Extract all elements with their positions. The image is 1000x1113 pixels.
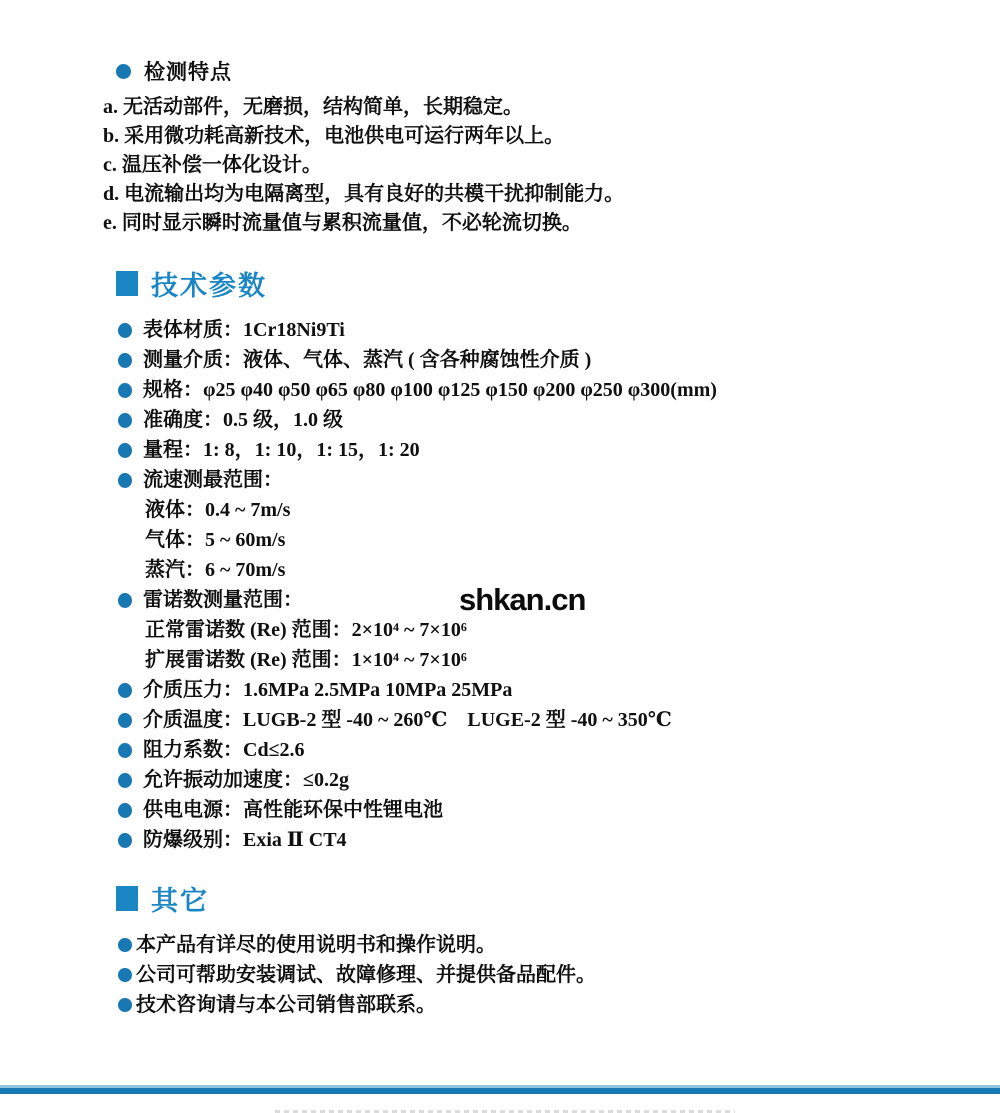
spec-item-text: 阻力系数：Cd≤2.6 — [143, 735, 305, 765]
spec-item: 测量介质：液体、气体、蒸汽 ( 含各种腐蚀性介质 ) — [118, 345, 1000, 375]
spec-item-text: 公司可帮助安装调试、故障修理、并提供备品配件。 — [136, 960, 596, 990]
spec-item: 流速测最范围： — [118, 465, 1000, 495]
bullet-icon — [118, 683, 132, 698]
spec-item-text: 供电电源：高性能环保中性锂电池 — [143, 795, 443, 825]
datasheet-page: 检测特点 a. 无活动部件，无磨损，结构简单，长期稳定。b. 采用微功耗高新技术… — [0, 0, 1000, 1113]
other-section: 其它 本产品有详尽的使用说明书和操作说明。公司可帮助安装调试、故障修理、并提供备… — [0, 879, 1000, 1020]
spec-item-text: 介质温度：LUGB-2 型 -40 ~ 260℃ LUGE-2 型 -40 ~ … — [143, 705, 672, 735]
tech-section: 技术参数 表体材质：1Cr18Ni9Ti测量介质：液体、气体、蒸汽 ( 含各种腐… — [0, 264, 1000, 855]
features-section: 检测特点 a. 无活动部件，无磨损，结构简单，长期稳定。b. 采用微功耗高新技术… — [0, 0, 1000, 238]
other-heading: 其它 — [116, 879, 1000, 918]
spec-item: 公司可帮助安装调试、故障修理、并提供备品配件。 — [118, 960, 1000, 990]
spec-subline: 液体：0.4 ~ 7m/s — [118, 495, 1000, 525]
bullet-icon — [118, 803, 132, 818]
spec-item-text: 量程：1: 8，1: 10，1: 15，1: 20 — [143, 435, 420, 465]
spec-item: 供电电源：高性能环保中性锂电池 — [118, 795, 1000, 825]
bullet-icon — [116, 64, 131, 79]
spec-item: 允许振动加速度：≤0.2g — [118, 765, 1000, 795]
bullet-icon — [118, 473, 132, 488]
square-bullet-icon — [116, 271, 138, 296]
spec-item-text: 本产品有详尽的使用说明书和操作说明。 — [136, 930, 496, 960]
bullet-icon — [118, 968, 132, 982]
feature-line: d. 电流输出均为电隔离型，具有良好的共模干扰抑制能力。 — [103, 180, 970, 209]
bullet-icon — [118, 443, 132, 458]
feature-line: a. 无活动部件，无磨损，结构简单，长期稳定。 — [103, 93, 970, 122]
other-title: 其它 — [151, 879, 209, 918]
spec-item: 本产品有详尽的使用说明书和操作说明。 — [118, 930, 1000, 960]
spec-subline: 蒸汽：6 ~ 70m/s — [118, 555, 1000, 585]
bullet-icon — [118, 833, 132, 848]
spec-item-text: 防爆级别：Exia Ⅱ CT4 — [143, 825, 347, 855]
spec-item-text: 雷诺数测量范围： — [143, 585, 303, 615]
bullet-icon — [118, 323, 132, 338]
other-list: 本产品有详尽的使用说明书和操作说明。公司可帮助安装调试、故障修理、并提供备品配件… — [118, 930, 1000, 1020]
bullet-icon — [118, 353, 132, 368]
spec-item: 防爆级别：Exia Ⅱ CT4 — [118, 825, 1000, 855]
features-title: 检测特点 — [144, 56, 232, 86]
bullet-icon — [118, 998, 132, 1012]
features-list: a. 无活动部件，无磨损，结构简单，长期稳定。b. 采用微功耗高新技术，电池供电… — [103, 93, 970, 238]
spec-subline: 扩展雷诺数 (Re) 范围：1×10⁴ ~ 7×10⁶ — [118, 645, 1000, 675]
spec-item-text: 技术咨询请与本公司销售部联系。 — [136, 990, 436, 1020]
feature-line: b. 采用微功耗高新技术，电池供电可运行两年以上。 — [103, 122, 970, 151]
spec-item: 技术咨询请与本公司销售部联系。 — [118, 990, 1000, 1020]
tech-title: 技术参数 — [151, 264, 267, 303]
bullet-icon — [118, 713, 132, 728]
spec-item: 量程：1: 8，1: 10，1: 15，1: 20 — [118, 435, 1000, 465]
spec-subline: 气体：5 ~ 60m/s — [118, 525, 1000, 555]
bullet-icon — [118, 743, 132, 758]
watermark-text: shkan.cn — [459, 582, 585, 618]
spec-item-text: 介质压力：1.6MPa 2.5MPa 10MPa 25MPa — [143, 675, 512, 705]
spec-item: 准确度：0.5 级，1.0 级 — [118, 405, 1000, 435]
spec-item: 表体材质：1Cr18Ni9Ti — [118, 315, 1000, 345]
bullet-icon — [118, 938, 132, 952]
bullet-icon — [118, 413, 132, 428]
spec-item-text: 允许振动加速度：≤0.2g — [143, 765, 349, 795]
spec-subline: 正常雷诺数 (Re) 范围：2×10⁴ ~ 7×10⁶ — [118, 615, 1000, 645]
spec-item: 阻力系数：Cd≤2.6 — [118, 735, 1000, 765]
bullet-icon — [118, 773, 132, 788]
spec-item-text: 表体材质：1Cr18Ni9Ti — [143, 315, 345, 345]
footer-rule — [0, 1085, 1000, 1094]
bullet-icon — [118, 593, 132, 608]
spec-item-text: 测量介质：液体、气体、蒸汽 ( 含各种腐蚀性介质 ) — [143, 345, 591, 375]
feature-line: e. 同时显示瞬时流量值与累积流量值，不必轮流切换。 — [103, 209, 970, 238]
features-heading: 检测特点 — [103, 56, 970, 86]
spec-item-text: 规格：φ25 φ40 φ50 φ65 φ80 φ100 φ125 φ150 φ2… — [143, 375, 717, 405]
square-bullet-icon — [116, 886, 138, 911]
bullet-icon — [118, 383, 132, 398]
spec-item: 规格：φ25 φ40 φ50 φ65 φ80 φ100 φ125 φ150 φ2… — [118, 375, 1000, 405]
spec-item: 介质温度：LUGB-2 型 -40 ~ 260℃ LUGE-2 型 -40 ~ … — [118, 705, 1000, 735]
spec-item-text: 流速测最范围： — [143, 465, 283, 495]
feature-line: c. 温压补偿一体化设计。 — [103, 151, 970, 180]
spec-item-text: 准确度：0.5 级，1.0 级 — [143, 405, 343, 435]
tech-heading: 技术参数 — [116, 264, 1000, 303]
spec-item: 介质压力：1.6MPa 2.5MPa 10MPa 25MPa — [118, 675, 1000, 705]
